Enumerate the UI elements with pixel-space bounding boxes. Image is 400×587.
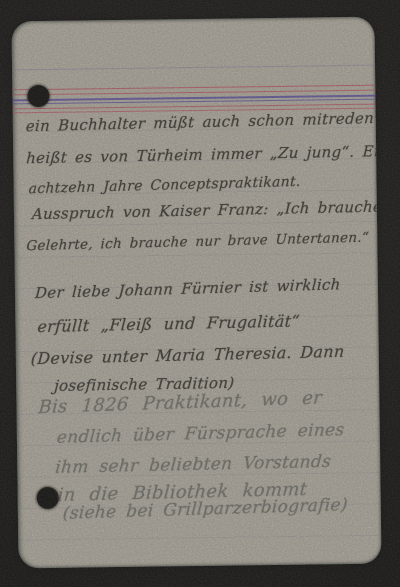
faint-ruled-line <box>12 65 375 71</box>
note-block-frugalitaet: Der liebe Johann Fürnier ist wirklich er… <box>11 17 374 22</box>
header-ruling <box>11 17 374 22</box>
note-block-buchhalter: ein Buchhalter müßt auch schon mitreden?… <box>11 17 374 22</box>
note-block-praktikant: Bis 1826 Praktikant, wo er endlich über … <box>11 17 374 22</box>
superscript-question-quote: ?“ <box>374 109 382 120</box>
scan-backdrop: ein Buchhalter müßt auch schon mitreden?… <box>0 0 400 587</box>
index-card: ein Buchhalter müßt auch schon mitreden?… <box>11 17 381 569</box>
note-block-kaiser-franz: Ausspruch von Kaiser Franz: „Ich brauche… <box>11 17 374 22</box>
